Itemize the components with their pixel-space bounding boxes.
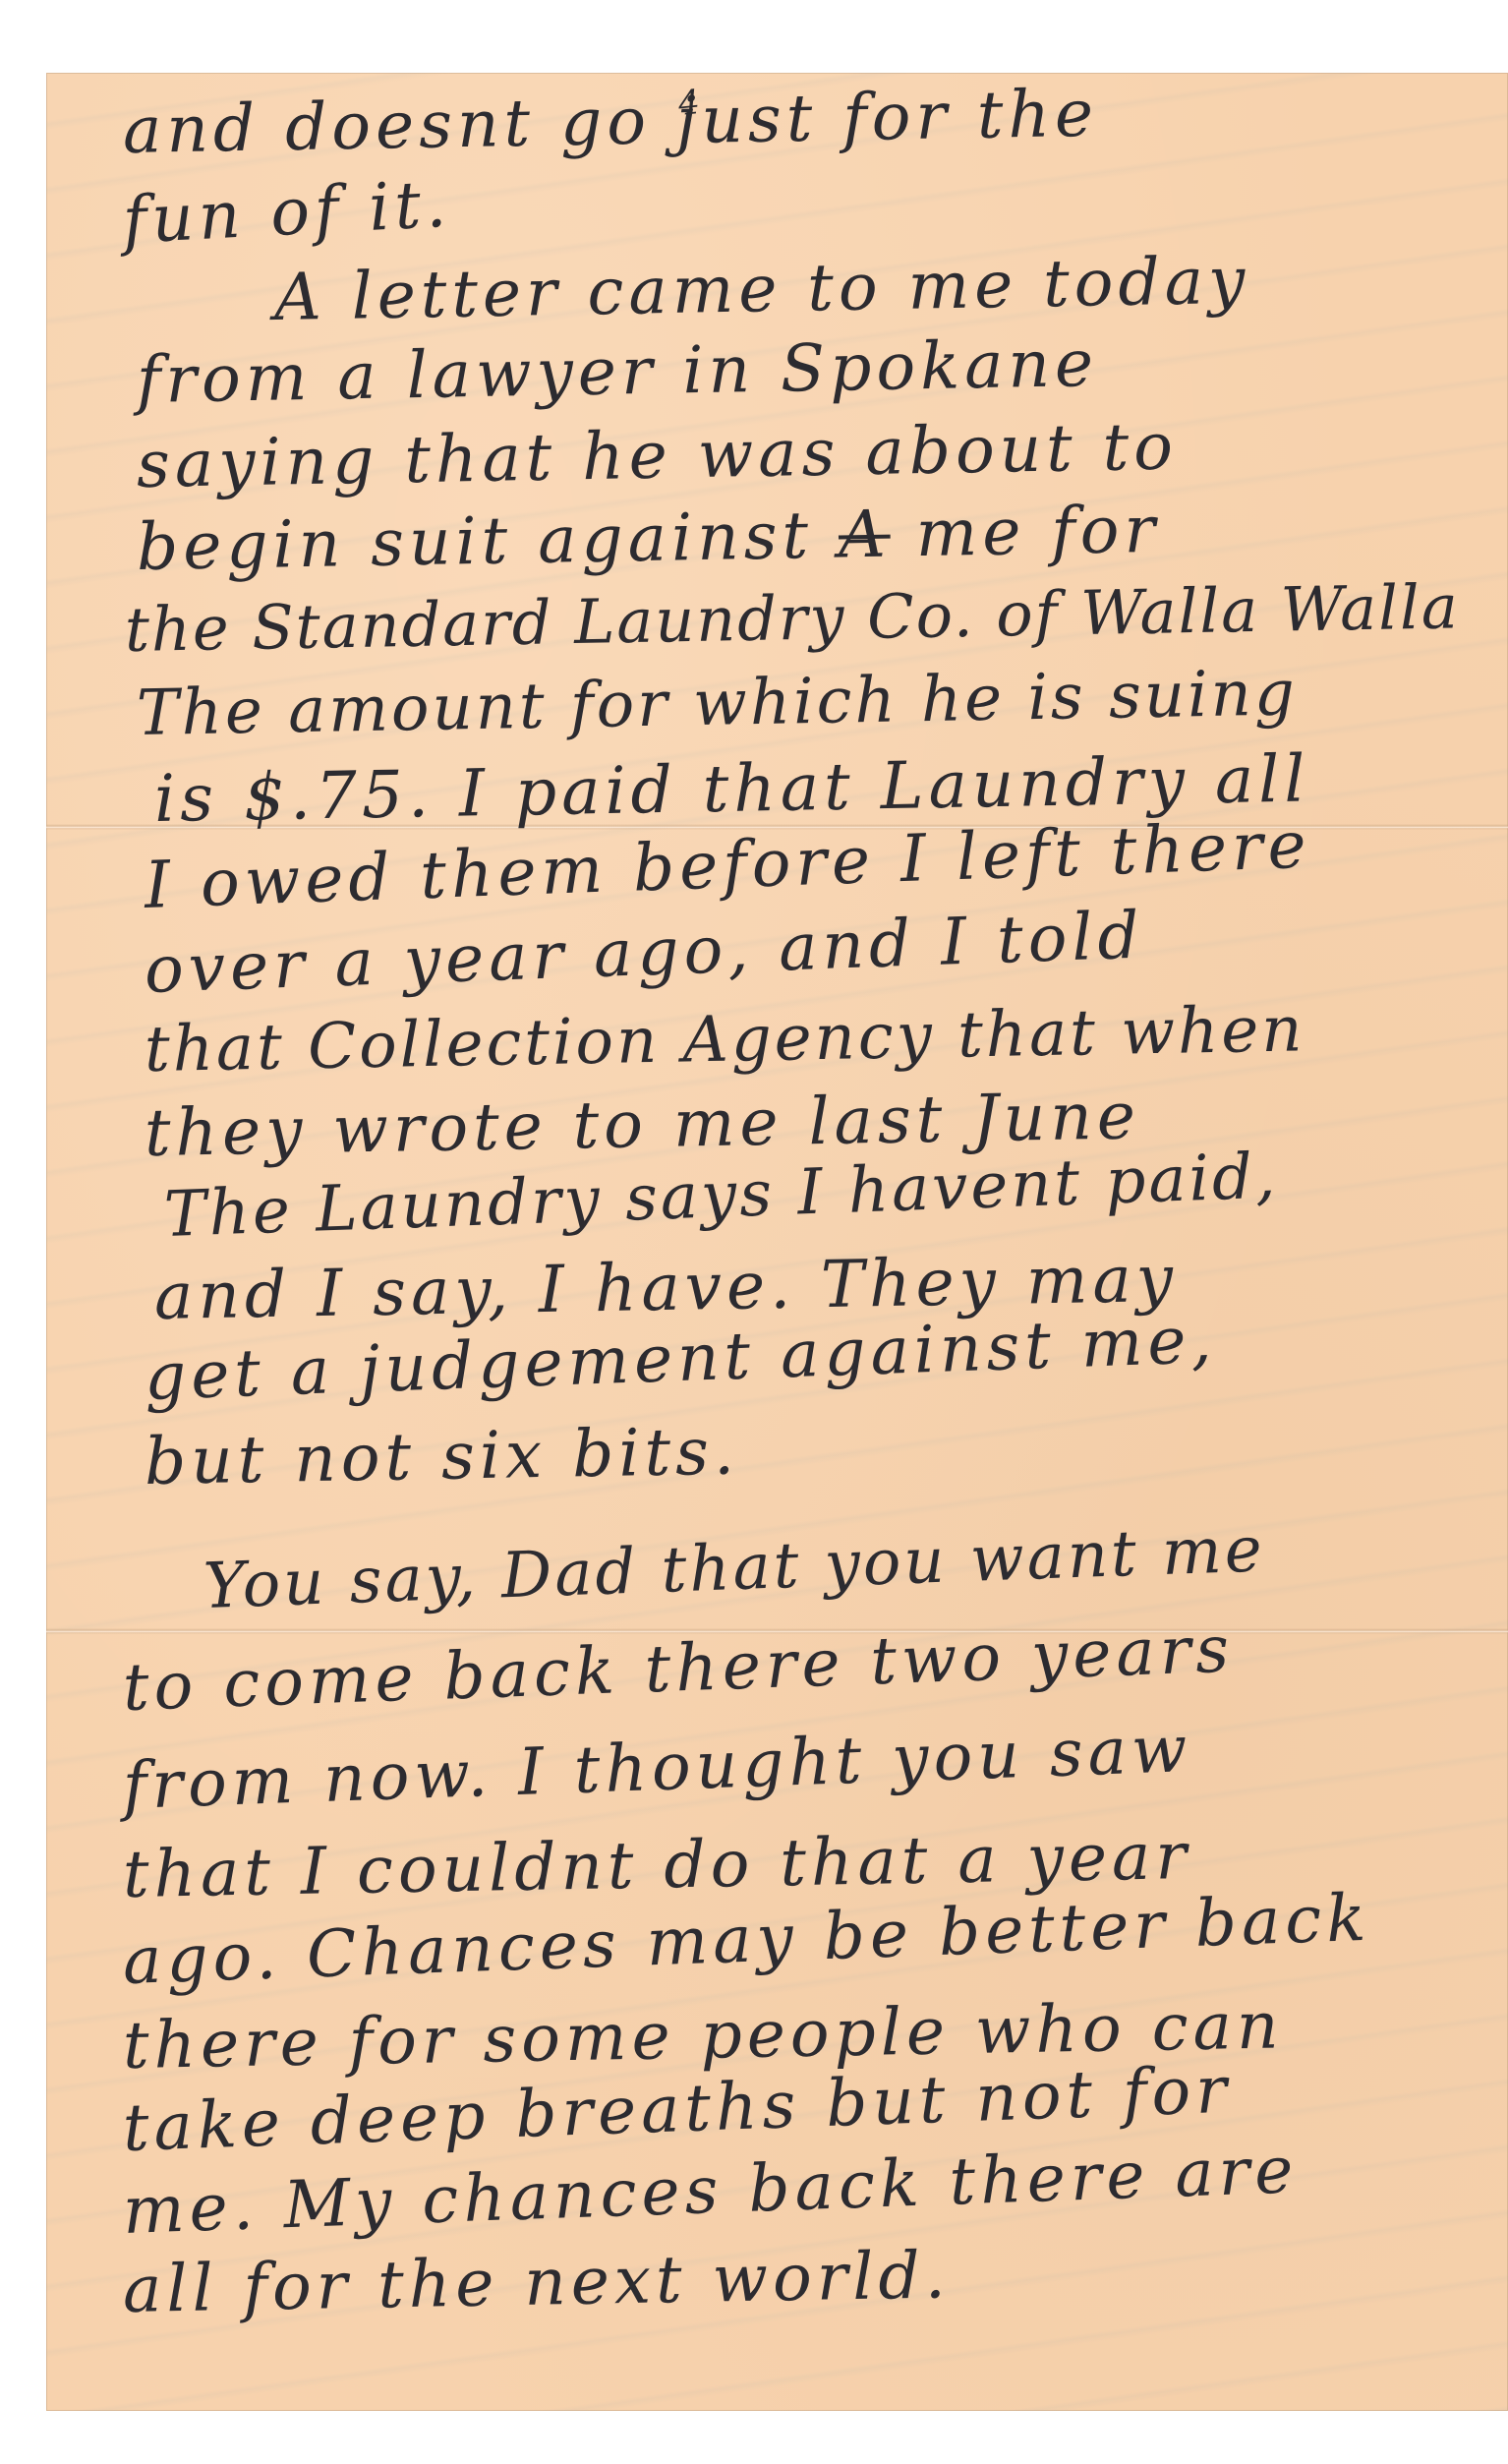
letter-page: and doesnt go just for the fun of it. A … [46, 73, 1508, 2411]
text-line: begin suit against A me for [136, 498, 1160, 580]
text-line: A letter came to me today [273, 249, 1249, 330]
text-line: saying that he was about to [136, 415, 1178, 498]
text-line: over a year ago, and I told [144, 904, 1145, 1003]
text-line: from now. I thought you saw [122, 1717, 1193, 1819]
text-line: to come back there two years [122, 1617, 1235, 1721]
text-line: fun of it. [121, 172, 452, 254]
text-line: The amount for which he is suing [136, 662, 1298, 745]
text-line: from a lawyer in Spokane [136, 331, 1098, 413]
text-line: all for the next world. [122, 2243, 951, 2322]
handwritten-text: and doesnt go just for the fun of it. A … [46, 73, 1508, 2411]
text-fragment: me for [915, 492, 1161, 571]
text-line: You say, Dad that you want me [203, 1518, 1266, 1618]
text-line: and doesnt go just for the [122, 82, 1098, 163]
text-line: that Collection Agency that when [144, 998, 1305, 1082]
text-fragment: begin suit against [136, 498, 813, 585]
text-line: but not six bits. [144, 1419, 739, 1495]
text-line: the Standard Laundry Co. of Walla Walla [124, 576, 1460, 661]
page-number: 4 [676, 83, 702, 124]
struck-out-letter: A [838, 497, 891, 573]
